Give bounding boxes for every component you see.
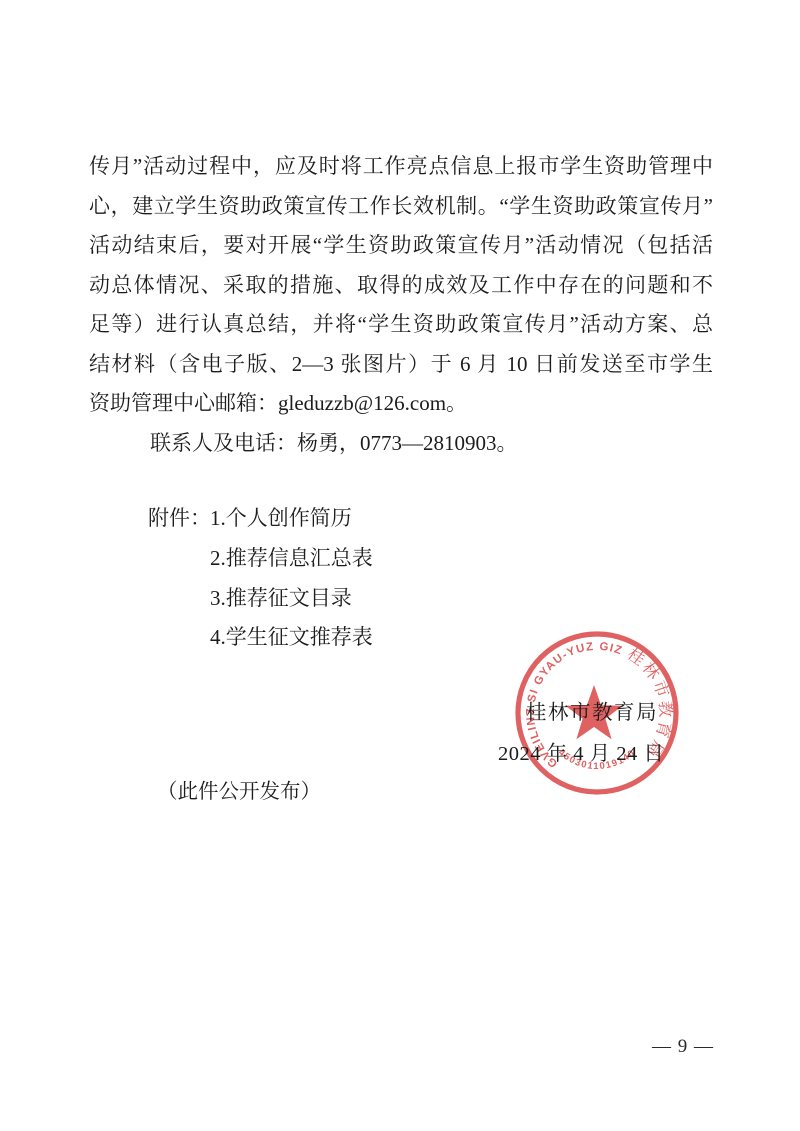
paragraph-line: 传月”活动过程中，应及时将工作亮点信息上报市学生资助管理中 bbox=[89, 147, 713, 187]
page-number: — 9 — bbox=[652, 1036, 714, 1058]
issuing-authority: 桂林市教育局 bbox=[526, 702, 658, 724]
body-paragraph: 传月”活动过程中，应及时将工作亮点信息上报市学生资助管理中 心，建立学生资助政策… bbox=[89, 147, 713, 463]
paragraph-line-email: 资助管理中心邮箱：gleduzzb@126.com。 bbox=[89, 384, 713, 424]
attachment-item: 3.推荐征文目录 bbox=[210, 579, 373, 619]
paragraph-line: 结材料（含电子版、2—3 张图片）于 6 月 10 日前发送至市学生 bbox=[89, 345, 713, 385]
public-release-note: （此件公开发布） bbox=[157, 780, 321, 804]
paragraph-line: 足等）进行认真总结，并将“学生资助政策宣传月”活动方案、总 bbox=[89, 305, 713, 345]
paragraph-line: 心，建立学生资助政策宣传工作长效机制。“学生资助政策宣传月” bbox=[89, 187, 713, 227]
attachments-list: 1.个人创作简历 2.推荐信息汇总表 3.推荐征文目录 4.学生征文推荐表 bbox=[210, 499, 373, 658]
paragraph-line: 活动结束后，要对开展“学生资助政策宣传月”活动情况（包括活 bbox=[89, 226, 713, 266]
issue-date: 2024 年 4 月 24 日 bbox=[498, 743, 664, 765]
paragraph-line: 动总体情况、采取的措施、取得的成效及工作中存在的问题和不 bbox=[89, 266, 713, 306]
attachment-item: 2.推荐信息汇总表 bbox=[210, 539, 373, 579]
attachment-item: 4.学生征文推荐表 bbox=[210, 618, 373, 658]
attachment-item: 1.个人创作简历 bbox=[210, 499, 373, 539]
document-page: 传月”活动过程中，应及时将工作亮点信息上报市学生资助管理中 心，建立学生资助政策… bbox=[0, 0, 800, 1131]
contact-line: 联系人及电话：杨勇，0773—2810903。 bbox=[89, 424, 713, 464]
attachments-label: 附件： bbox=[148, 499, 211, 539]
